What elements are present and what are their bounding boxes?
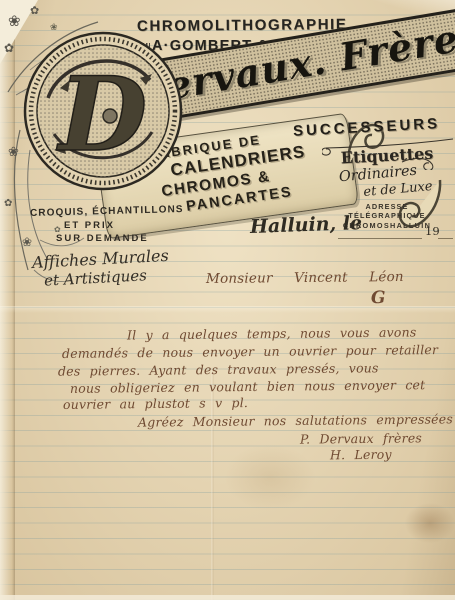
letter-signature-company: P. Dervaux frères <box>300 430 422 446</box>
svg-text:✿: ✿ <box>4 198 12 209</box>
dateline-place: Halluin, le <box>250 212 363 238</box>
paper-crease-middle <box>0 306 455 313</box>
letter-body-line: nous obligeriez en voulant bien nous env… <box>70 377 425 396</box>
svg-text:❀: ❀ <box>8 145 19 160</box>
paper-stain <box>395 495 455 551</box>
svg-text:❀: ❀ <box>8 12 21 30</box>
letter-flourish-initial: G <box>371 288 386 308</box>
letter-closing: Agréez Monsieur nos salutations empressé… <box>138 411 453 429</box>
letter-signature-person: H. Leroy <box>330 447 392 463</box>
services-sur-demande: SUR DEMANDE <box>56 233 184 244</box>
monogram-d-medallion: D <box>20 28 186 194</box>
letter-page: ❀ ✿ ❀ ✿ ❀ ❀ ✿ ❀ ✿ CHROMOLITHOGRAPHIE A·G… <box>0 0 455 600</box>
paper-edge-bottom <box>0 595 455 600</box>
services-et-prix: ET PRIX <box>64 220 184 231</box>
monogram-d-letter: D <box>56 55 147 175</box>
services-block: CROQUIS, ÉCHANTILLONS ET PRIX SUR DEMAND… <box>30 206 184 286</box>
letter-body-line: Il y a quelques temps, nous vous avons <box>127 324 417 342</box>
letter-body-line: demandés de nous envoyer un ouvrier pour… <box>62 342 438 361</box>
dateline-blank <box>338 238 422 239</box>
services-croquis: CROQUIS, ÉCHANTILLONS <box>30 204 184 219</box>
letter-body-line: ouvrier au plustot s v pl. <box>63 395 248 412</box>
svg-text:✿: ✿ <box>4 41 14 55</box>
svg-text:✿: ✿ <box>30 4 39 17</box>
letter-body-line: des pierres. Ayant des travaux pressés, … <box>58 360 379 378</box>
dateline-blank-short <box>438 238 453 239</box>
letter-salutation: Monsieur Vincent Léon <box>206 269 404 287</box>
